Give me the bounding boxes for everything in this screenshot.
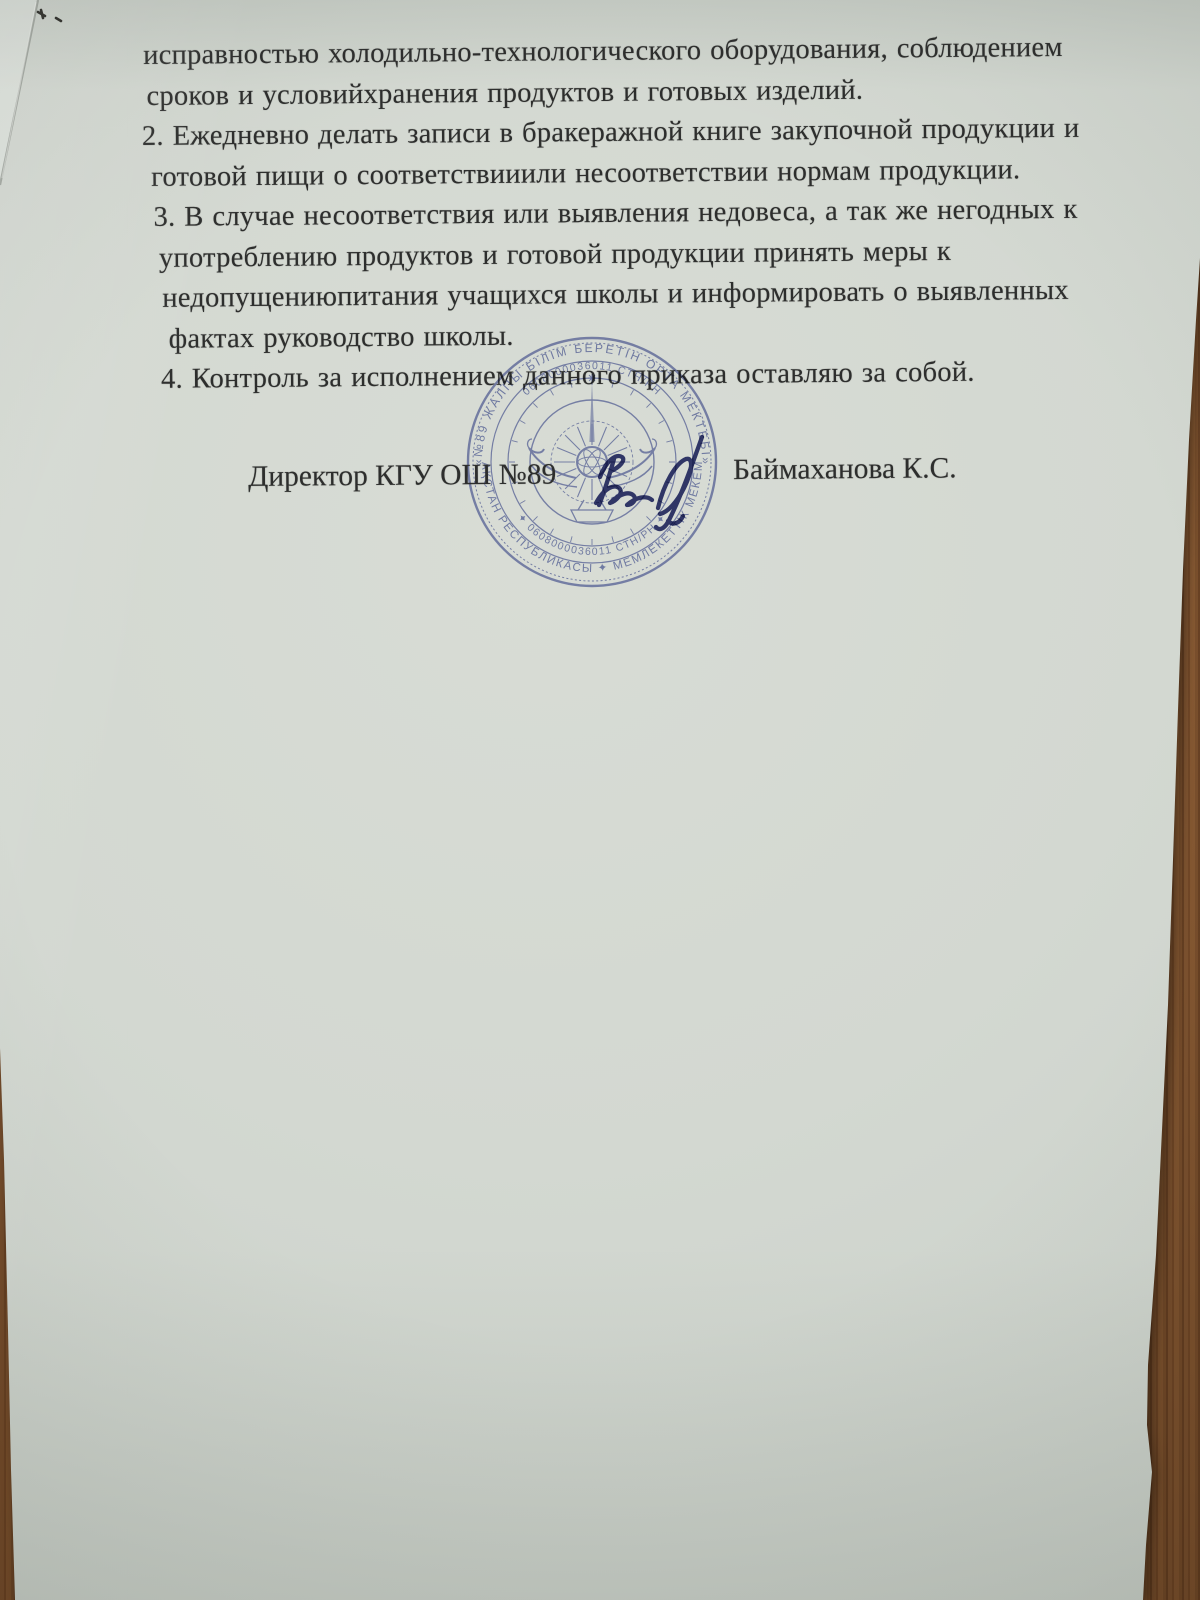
paper-sheet: исправностью холодильно-технологического…	[0, 0, 1200, 1600]
handwritten-signature	[540, 415, 760, 545]
director-title: Директор КГУ ОШ №89	[248, 459, 556, 494]
director-name: Баймаханова К.С.	[733, 452, 957, 487]
document-photo: исправностью холодильно-технологического…	[0, 0, 1200, 1600]
staple-marks	[38, 10, 61, 21]
paper-shadow-wrap: исправностью холодильно-технологического…	[0, 0, 1200, 1600]
emblem-star	[588, 374, 596, 382]
